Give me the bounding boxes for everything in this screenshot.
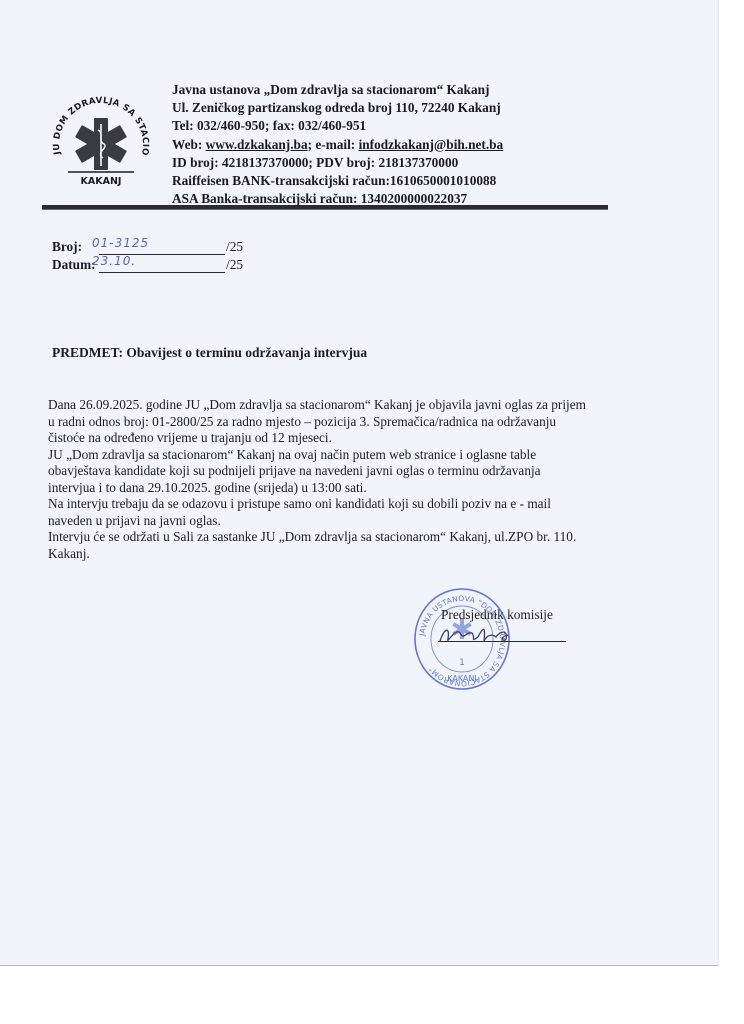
body-line: naveden u prijavi na javni oglas. <box>48 513 618 530</box>
body-line: Na intervju trebaju da se odazovu i pris… <box>48 496 618 513</box>
institution-logo: JU DOM ZDRAVLJA SA STACIONAROM KAKANJ <box>46 92 156 187</box>
reference-date-row: Datum: 23.10. /25 <box>52 256 98 274</box>
body-line: u radni odnos broj: 01-2800/25 za radno … <box>48 414 618 431</box>
id-numbers-line: ID broj: 4218137370000; PDV broj: 218137… <box>172 154 503 172</box>
star-of-life-icon <box>75 118 127 170</box>
bank-account-1: Raiffeisen BANK-transakcijski račun:1610… <box>172 172 503 190</box>
reference-block: Broj: 01-3125 /25 Datum: 23.10. /25 <box>52 238 98 274</box>
email-link[interactable]: infodzkakanj@bih.net.ba <box>359 137 504 152</box>
body-line: JU „Dom zdravlja sa stacionarom“ Kakanj … <box>48 447 618 464</box>
stamp-number: 1 <box>459 658 465 668</box>
body-line: Intervju će se održati u Sali za sastank… <box>48 529 618 546</box>
stamp-bottom-text: KAKANJ <box>447 674 477 683</box>
web-email-line: Web: www.dzkakanj.ba; e-mail: infodzkaka… <box>172 136 503 154</box>
body-line: intervjua i to dana 29.10.2025. godine (… <box>48 480 618 497</box>
body-line: Dana 26.09.2025. godine JU „Dom zdravlja… <box>48 397 618 414</box>
signature-block: JAVNA USTANOVA "DOM ZDRAVLJA SA STACIONA… <box>412 587 592 697</box>
letter-body: Dana 26.09.2025. godine JU „Dom zdravlja… <box>48 397 618 562</box>
institution-name: „Dom zdravlja sa stacionarom“ Kakanj <box>264 82 490 97</box>
address-line: Ul. Zeničkog partizanskog odreda broj 11… <box>172 99 503 117</box>
body-line: čistoće na određeno vrijeme u trajanju o… <box>48 430 618 447</box>
reference-number-handwritten: 01-3125 <box>92 234 149 252</box>
handwritten-signature <box>436 619 526 649</box>
scanned-document-page: JU DOM ZDRAVLJA SA STACIONAROM KAKANJ Ja… <box>0 0 719 966</box>
phone-fax-line: Tel: 032/460-950; fax: 032/460-951 <box>172 117 503 135</box>
logo-bottom-text: KAKANJ <box>81 176 122 187</box>
institution-line: Javna ustanova „Dom zdravlja sa staciona… <box>172 81 503 99</box>
body-line: Kakanj. <box>48 546 618 563</box>
website-link[interactable]: www.dzkakanj.ba <box>206 137 308 152</box>
subject-line: PREDMET: Obavijest o terminu održavanja … <box>52 345 367 361</box>
reference-date-suffix: /25 <box>226 256 243 274</box>
reference-date-handwritten: 23.10. <box>92 252 136 270</box>
letterhead: Javna ustanova „Dom zdravlja sa staciona… <box>172 81 503 208</box>
body-line: obavještava kandidate koji su podnijeli … <box>48 463 618 480</box>
header-divider <box>42 205 608 210</box>
reference-number-suffix: /25 <box>226 238 243 256</box>
